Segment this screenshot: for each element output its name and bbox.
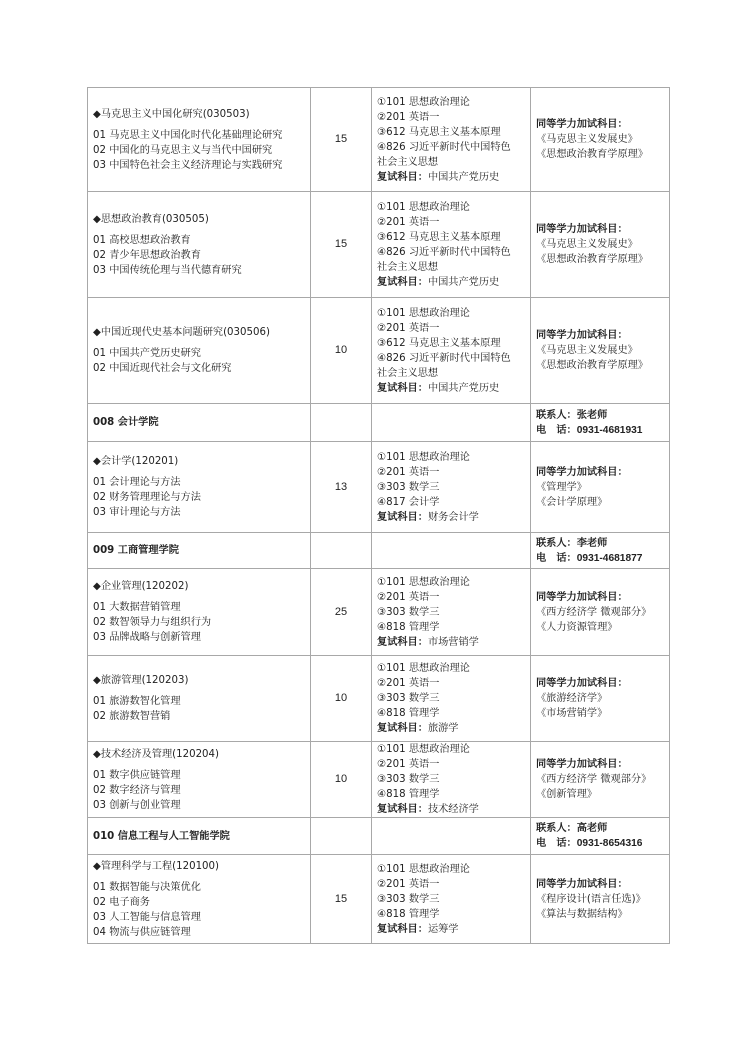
- research-directions: 01 会计理论与方法02 财务管理理论与方法03 审计理论与方法: [93, 475, 305, 520]
- major-cell: ◆旅游管理(120203) 01 旅游数智化管理02 旅游数智营销: [88, 656, 311, 742]
- enrollment-quota: 10: [311, 742, 372, 818]
- research-directions: 01 中国共产党历史研究02 中国近现代社会与文化研究: [93, 346, 305, 376]
- direction-item: 01 马克思主义中国化时代化基础理论研究: [93, 128, 305, 143]
- exam-subject: ④818 管理学: [377, 620, 525, 635]
- equivalent-book: 《旅游经济学》: [536, 691, 664, 706]
- exam-subject: 社会主义思想: [377, 155, 525, 170]
- major-cell: ◆马克思主义中国化研究(030503) 01 马克思主义中国化时代化基础理论研究…: [88, 88, 311, 192]
- retest-subject: 中国共产党历史: [428, 277, 499, 288]
- contact-phone: 电 话：0931-8654316: [536, 836, 664, 851]
- phone-number: 0931-8654316: [577, 838, 643, 849]
- enrollment-quota: 15: [311, 855, 372, 944]
- exam-subject: ③303 数学三: [377, 892, 525, 907]
- equivalent-cell: 同等学力加试科目： 《马克思主义发展史》《思想政治教育学原理》: [531, 298, 670, 404]
- college-name: 009 工商管理学院: [93, 545, 179, 556]
- major-cell: ◆管理科学与工程(120100) 01 数据智能与决策优化02 电子商务03 人…: [88, 855, 311, 944]
- equivalent-book: 《市场营销学》: [536, 706, 664, 721]
- major-row: ◆企业管理(120202) 01 大数据营销管理02 数智领导力与组织行为03 …: [88, 569, 670, 656]
- exam-subject: ③612 马克思主义基本原理: [377, 230, 525, 245]
- equivalent-subjects: 《马克思主义发展史》《思想政治教育学原理》: [536, 343, 664, 373]
- exam-subjects: ①101 思想政治理论②201 英语一③303 数学三④818 管理学: [377, 742, 525, 802]
- equivalent-title: 同等学力加试科目：: [536, 590, 664, 605]
- empty-cell: [372, 818, 531, 855]
- exam-subject: ④818 管理学: [377, 706, 525, 721]
- exam-subject: ①101 思想政治理论: [377, 306, 525, 321]
- college-cell: 008 会计学院: [88, 404, 311, 442]
- research-directions: 01 旅游数智化管理02 旅游数智营销: [93, 694, 305, 724]
- retest-subject: 运筹学: [428, 924, 459, 935]
- college-row: 008 会计学院 联系人：张老师 电 话：0931-4681931: [88, 404, 670, 442]
- exam-subjects-cell: ①101 思想政治理论②201 英语一③612 马克思主义基本原理④826 习近…: [372, 298, 531, 404]
- equivalent-book: 《创新管理》: [536, 787, 664, 802]
- enrollment-quota: 10: [311, 298, 372, 404]
- exam-subject: ②201 英语一: [377, 465, 525, 480]
- contact-person: 联系人：张老师: [536, 408, 664, 423]
- exam-subject: ③303 数学三: [377, 480, 525, 495]
- direction-item: 02 财务管理理论与方法: [93, 490, 305, 505]
- exam-subject: ②201 英语一: [377, 321, 525, 336]
- exam-subjects: ①101 思想政治理论②201 英语一③303 数学三④818 管理学: [377, 862, 525, 922]
- exam-subject: ③612 马克思主义基本原理: [377, 125, 525, 140]
- phone-label: 电 话：: [536, 553, 577, 564]
- equivalent-book: 《马克思主义发展史》: [536, 343, 664, 358]
- phone-label: 电 话：: [536, 838, 577, 849]
- retest-line: 复试科目：旅游学: [377, 721, 525, 736]
- exam-subject: ①101 思想政治理论: [377, 742, 525, 757]
- exam-subjects: ①101 思想政治理论②201 英语一③612 马克思主义基本原理④826 习近…: [377, 200, 525, 275]
- empty-cell: [372, 404, 531, 442]
- retest-label: 复试科目：: [377, 172, 428, 183]
- retest-subject: 市场营销学: [428, 637, 479, 648]
- retest-line: 复试科目：中国共产党历史: [377, 381, 525, 396]
- direction-item: 02 旅游数智营销: [93, 709, 305, 724]
- major-cell: ◆会计学(120201) 01 会计理论与方法02 财务管理理论与方法03 审计…: [88, 442, 311, 533]
- research-directions: 01 数字供应链管理02 数字经济与管理03 创新与创业管理: [93, 768, 305, 813]
- equivalent-subjects: 《马克思主义发展史》《思想政治教育学原理》: [536, 237, 664, 267]
- direction-item: 02 中国近现代社会与文化研究: [93, 361, 305, 376]
- major-title: ◆马克思主义中国化研究(030503): [93, 107, 305, 122]
- exam-subject: ②201 英语一: [377, 877, 525, 892]
- exam-subject: ③612 马克思主义基本原理: [377, 336, 525, 351]
- exam-subject: ④818 管理学: [377, 787, 525, 802]
- contact-phone: 电 话：0931-4681877: [536, 551, 664, 566]
- major-title: ◆管理科学与工程(120100): [93, 859, 305, 874]
- enrollment-quota: 25: [311, 569, 372, 656]
- exam-subject: ①101 思想政治理论: [377, 862, 525, 877]
- major-title: ◆企业管理(120202): [93, 579, 305, 594]
- major-cell: ◆技术经济及管理(120204) 01 数字供应链管理02 数字经济与管理03 …: [88, 742, 311, 818]
- exam-subject: ①101 思想政治理论: [377, 575, 525, 590]
- contact-label: 联系人：: [536, 410, 577, 421]
- equivalent-book: 《思想政治教育学原理》: [536, 358, 664, 373]
- exam-subject: ②201 英语一: [377, 676, 525, 691]
- college-row: 010 信息工程与人工智能学院 联系人：高老师 电 话：0931-8654316: [88, 818, 670, 855]
- exam-subjects-cell: ①101 思想政治理论②201 英语一③303 数学三④818 管理学 复试科目…: [372, 855, 531, 944]
- equivalent-cell: 同等学力加试科目： 《旅游经济学》《市场营销学》: [531, 656, 670, 742]
- exam-subjects-cell: ①101 思想政治理论②201 英语一③303 数学三④818 管理学 复试科目…: [372, 656, 531, 742]
- equivalent-book: 《会计学原理》: [536, 495, 664, 510]
- phone-label: 电 话：: [536, 425, 577, 436]
- major-cell: ◆思想政治教育(030505) 01 高校思想政治教育02 青少年思想政治教育0…: [88, 192, 311, 298]
- direction-item: 03 品牌战略与创新管理: [93, 630, 305, 645]
- contact-name: 张老师: [577, 410, 608, 421]
- exam-subjects: ①101 思想政治理论②201 英语一③303 数学三④818 管理学: [377, 575, 525, 635]
- enrollment-quota: 10: [311, 656, 372, 742]
- equivalent-cell: 同等学力加试科目： 《西方经济学 微观部分》《创新管理》: [531, 742, 670, 818]
- equivalent-title: 同等学力加试科目：: [536, 757, 664, 772]
- equivalent-book: 《算法与数据结构》: [536, 907, 664, 922]
- equivalent-book: 《西方经济学 微观部分》: [536, 772, 664, 787]
- contact-cell: 联系人：高老师 电 话：0931-8654316: [531, 818, 670, 855]
- major-title: ◆中国近现代史基本问题研究(030506): [93, 325, 305, 340]
- contact-label: 联系人：: [536, 538, 577, 549]
- retest-line: 复试科目：财务会计学: [377, 510, 525, 525]
- research-directions: 01 大数据营销管理02 数智领导力与组织行为03 品牌战略与创新管理: [93, 600, 305, 645]
- contact-cell: 联系人：李老师 电 话：0931-4681877: [531, 533, 670, 569]
- exam-subject: ②201 英语一: [377, 757, 525, 772]
- equivalent-cell: 同等学力加试科目： 《西方经济学 微观部分》《人力资源管理》: [531, 569, 670, 656]
- retest-label: 复试科目：: [377, 512, 428, 523]
- direction-item: 03 中国传统伦理与当代德育研究: [93, 263, 305, 278]
- direction-item: 01 旅游数智化管理: [93, 694, 305, 709]
- exam-subjects-cell: ①101 思想政治理论②201 英语一③303 数学三④818 管理学 复试科目…: [372, 569, 531, 656]
- table-body: ◆马克思主义中国化研究(030503) 01 马克思主义中国化时代化基础理论研究…: [88, 88, 670, 944]
- enrollment-catalog-table: ◆马克思主义中国化研究(030503) 01 马克思主义中国化时代化基础理论研究…: [87, 87, 670, 944]
- equivalent-subjects: 《程序设计(语言任选)》《算法与数据结构》: [536, 892, 664, 922]
- equivalent-title: 同等学力加试科目：: [536, 465, 664, 480]
- enrollment-quota: 13: [311, 442, 372, 533]
- exam-subjects: ①101 思想政治理论②201 英语一③612 马克思主义基本原理④826 习近…: [377, 306, 525, 381]
- retest-label: 复试科目：: [377, 637, 428, 648]
- direction-item: 01 中国共产党历史研究: [93, 346, 305, 361]
- equivalent-book: 《马克思主义发展史》: [536, 237, 664, 252]
- retest-line: 复试科目：中国共产党历史: [377, 275, 525, 290]
- retest-label: 复试科目：: [377, 383, 428, 394]
- exam-subject: 社会主义思想: [377, 366, 525, 381]
- empty-cell: [311, 533, 372, 569]
- equivalent-book: 《西方经济学 微观部分》: [536, 605, 664, 620]
- direction-item: 01 高校思想政治教育: [93, 233, 305, 248]
- exam-subject: 社会主义思想: [377, 260, 525, 275]
- major-title: ◆技术经济及管理(120204): [93, 747, 305, 762]
- major-row: ◆技术经济及管理(120204) 01 数字供应链管理02 数字经济与管理03 …: [88, 742, 670, 818]
- major-row: ◆旅游管理(120203) 01 旅游数智化管理02 旅游数智营销 10 ①10…: [88, 656, 670, 742]
- equivalent-book: 《程序设计(语言任选)》: [536, 892, 664, 907]
- retest-line: 复试科目：中国共产党历史: [377, 170, 525, 185]
- exam-subjects: ①101 思想政治理论②201 英语一③612 马克思主义基本原理④826 习近…: [377, 95, 525, 170]
- major-row: ◆马克思主义中国化研究(030503) 01 马克思主义中国化时代化基础理论研究…: [88, 88, 670, 192]
- exam-subjects: ①101 思想政治理论②201 英语一③303 数学三④818 管理学: [377, 661, 525, 721]
- college-cell: 010 信息工程与人工智能学院: [88, 818, 311, 855]
- empty-cell: [372, 533, 531, 569]
- equivalent-subjects: 《马克思主义发展史》《思想政治教育学原理》: [536, 132, 664, 162]
- exam-subject: ①101 思想政治理论: [377, 95, 525, 110]
- exam-subject: ④826 习近平新时代中国特色: [377, 140, 525, 155]
- direction-item: 01 会计理论与方法: [93, 475, 305, 490]
- exam-subjects-cell: ①101 思想政治理论②201 英语一③612 马克思主义基本原理④826 习近…: [372, 88, 531, 192]
- retest-label: 复试科目：: [377, 723, 428, 734]
- equivalent-cell: 同等学力加试科目： 《程序设计(语言任选)》《算法与数据结构》: [531, 855, 670, 944]
- contact-name: 高老师: [577, 823, 608, 834]
- exam-subject: ②201 英语一: [377, 590, 525, 605]
- retest-line: 复试科目：市场营销学: [377, 635, 525, 650]
- major-cell: ◆中国近现代史基本问题研究(030506) 01 中国共产党历史研究02 中国近…: [88, 298, 311, 404]
- college-name: 010 信息工程与人工智能学院: [93, 831, 230, 842]
- enrollment-quota: 15: [311, 88, 372, 192]
- equivalent-book: 《管理学》: [536, 480, 664, 495]
- exam-subjects: ①101 思想政治理论②201 英语一③303 数学三④817 会计学: [377, 450, 525, 510]
- equivalent-cell: 同等学力加试科目： 《马克思主义发展史》《思想政治教育学原理》: [531, 88, 670, 192]
- contact-person: 联系人：李老师: [536, 536, 664, 551]
- research-directions: 01 马克思主义中国化时代化基础理论研究02 中国化的马克思主义与当代中国研究0…: [93, 128, 305, 173]
- direction-item: 03 中国特色社会主义经济理论与实践研究: [93, 158, 305, 173]
- direction-item: 02 电子商务: [93, 895, 305, 910]
- college-name: 008 会计学院: [93, 417, 159, 428]
- retest-label: 复试科目：: [377, 924, 428, 935]
- direction-item: 01 数字供应链管理: [93, 768, 305, 783]
- equivalent-title: 同等学力加试科目：: [536, 222, 664, 237]
- retest-subject: 中国共产党历史: [428, 383, 499, 394]
- direction-item: 02 中国化的马克思主义与当代中国研究: [93, 143, 305, 158]
- research-directions: 01 高校思想政治教育02 青少年思想政治教育03 中国传统伦理与当代德育研究: [93, 233, 305, 278]
- retest-subject: 旅游学: [428, 723, 459, 734]
- retest-line: 复试科目：运筹学: [377, 922, 525, 937]
- phone-number: 0931-4681931: [577, 425, 643, 436]
- exam-subject: ③303 数学三: [377, 691, 525, 706]
- major-row: ◆管理科学与工程(120100) 01 数据智能与决策优化02 电子商务03 人…: [88, 855, 670, 944]
- equivalent-cell: 同等学力加试科目： 《管理学》《会计学原理》: [531, 442, 670, 533]
- exam-subject: ③303 数学三: [377, 772, 525, 787]
- exam-subject: ③303 数学三: [377, 605, 525, 620]
- direction-item: 01 大数据营销管理: [93, 600, 305, 615]
- direction-item: 03 创新与创业管理: [93, 798, 305, 813]
- equivalent-title: 同等学力加试科目：: [536, 877, 664, 892]
- exam-subject: ④826 习近平新时代中国特色: [377, 245, 525, 260]
- retest-subject: 技术经济学: [428, 804, 479, 815]
- equivalent-title: 同等学力加试科目：: [536, 676, 664, 691]
- equivalent-book: 《人力资源管理》: [536, 620, 664, 635]
- major-row: ◆中国近现代史基本问题研究(030506) 01 中国共产党历史研究02 中国近…: [88, 298, 670, 404]
- direction-item: 02 数智领导力与组织行为: [93, 615, 305, 630]
- retest-line: 复试科目：技术经济学: [377, 802, 525, 817]
- equivalent-subjects: 《管理学》《会计学原理》: [536, 480, 664, 510]
- contact-cell: 联系人：张老师 电 话：0931-4681931: [531, 404, 670, 442]
- direction-item: 04 物流与供应链管理: [93, 925, 305, 940]
- retest-label: 复试科目：: [377, 277, 428, 288]
- empty-cell: [311, 818, 372, 855]
- contact-person: 联系人：高老师: [536, 821, 664, 836]
- equivalent-title: 同等学力加试科目：: [536, 117, 664, 132]
- enrollment-quota: 15: [311, 192, 372, 298]
- major-title: ◆思想政治教育(030505): [93, 212, 305, 227]
- retest-subject: 财务会计学: [428, 512, 479, 523]
- exam-subjects-cell: ①101 思想政治理论②201 英语一③612 马克思主义基本原理④826 习近…: [372, 192, 531, 298]
- equivalent-subjects: 《西方经济学 微观部分》《创新管理》: [536, 772, 664, 802]
- direction-item: 01 数据智能与决策优化: [93, 880, 305, 895]
- exam-subject: ④818 管理学: [377, 907, 525, 922]
- exam-subject: ①101 思想政治理论: [377, 661, 525, 676]
- equivalent-book: 《思想政治教育学原理》: [536, 147, 664, 162]
- major-row: ◆会计学(120201) 01 会计理论与方法02 财务管理理论与方法03 审计…: [88, 442, 670, 533]
- college-row: 009 工商管理学院 联系人：李老师 电 话：0931-4681877: [88, 533, 670, 569]
- equivalent-book: 《马克思主义发展史》: [536, 132, 664, 147]
- direction-item: 02 数字经济与管理: [93, 783, 305, 798]
- equivalent-subjects: 《西方经济学 微观部分》《人力资源管理》: [536, 605, 664, 635]
- exam-subject: ④826 习近平新时代中国特色: [377, 351, 525, 366]
- equivalent-subjects: 《旅游经济学》《市场营销学》: [536, 691, 664, 721]
- contact-label: 联系人：: [536, 823, 577, 834]
- major-cell: ◆企业管理(120202) 01 大数据营销管理02 数智领导力与组织行为03 …: [88, 569, 311, 656]
- exam-subject: ①101 思想政治理论: [377, 200, 525, 215]
- major-row: ◆思想政治教育(030505) 01 高校思想政治教育02 青少年思想政治教育0…: [88, 192, 670, 298]
- contact-phone: 电 话：0931-4681931: [536, 423, 664, 438]
- contact-name: 李老师: [577, 538, 608, 549]
- equivalent-title: 同等学力加试科目：: [536, 328, 664, 343]
- major-title: ◆会计学(120201): [93, 454, 305, 469]
- empty-cell: [311, 404, 372, 442]
- exam-subject: ①101 思想政治理论: [377, 450, 525, 465]
- exam-subjects-cell: ①101 思想政治理论②201 英语一③303 数学三④818 管理学 复试科目…: [372, 742, 531, 818]
- exam-subject: ④817 会计学: [377, 495, 525, 510]
- major-title: ◆旅游管理(120203): [93, 673, 305, 688]
- phone-number: 0931-4681877: [577, 553, 643, 564]
- exam-subject: ②201 英语一: [377, 110, 525, 125]
- exam-subject: ②201 英语一: [377, 215, 525, 230]
- research-directions: 01 数据智能与决策优化02 电子商务03 人工智能与信息管理04 物流与供应链…: [93, 880, 305, 940]
- college-cell: 009 工商管理学院: [88, 533, 311, 569]
- direction-item: 02 青少年思想政治教育: [93, 248, 305, 263]
- retest-subject: 中国共产党历史: [428, 172, 499, 183]
- exam-subjects-cell: ①101 思想政治理论②201 英语一③303 数学三④817 会计学 复试科目…: [372, 442, 531, 533]
- equivalent-book: 《思想政治教育学原理》: [536, 252, 664, 267]
- retest-label: 复试科目：: [377, 804, 428, 815]
- direction-item: 03 审计理论与方法: [93, 505, 305, 520]
- direction-item: 03 人工智能与信息管理: [93, 910, 305, 925]
- equivalent-cell: 同等学力加试科目： 《马克思主义发展史》《思想政治教育学原理》: [531, 192, 670, 298]
